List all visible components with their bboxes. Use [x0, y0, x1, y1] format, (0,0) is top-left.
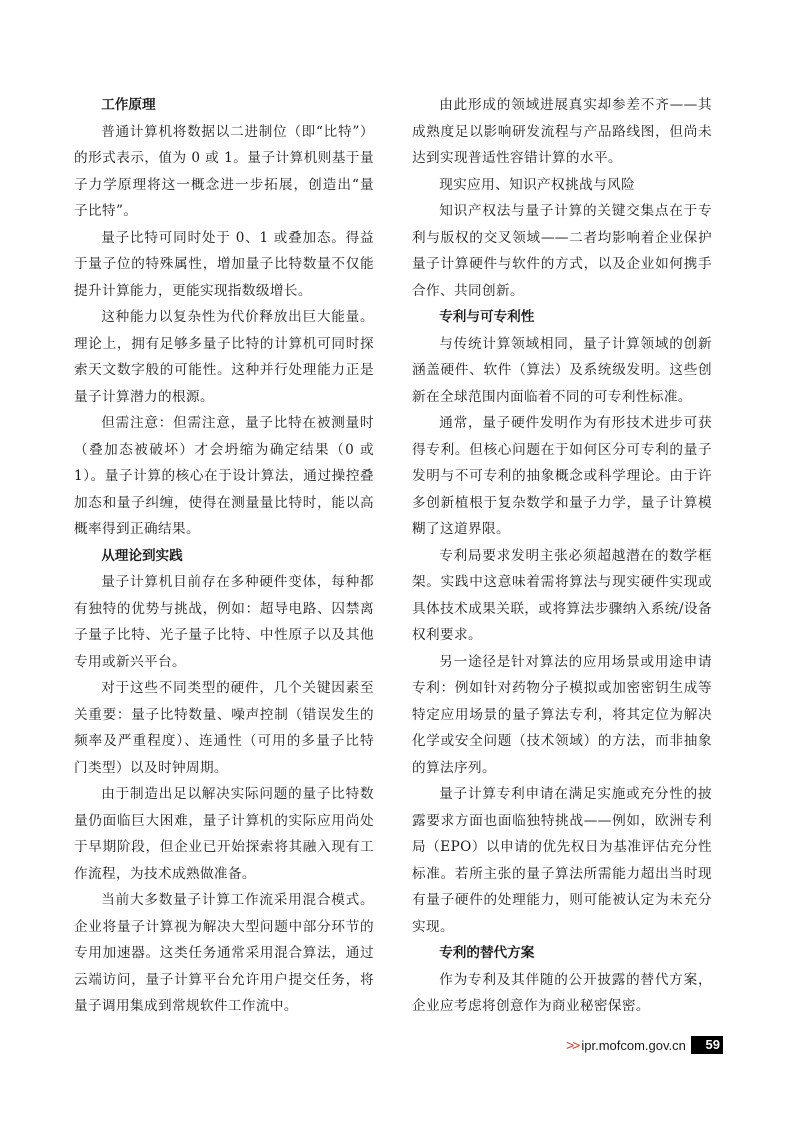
paragraph: 专利局要求发明主张必须超越潜在的数学框架。实践中这意味着需将算法与现实硬件实现或… [412, 543, 712, 649]
paragraph: 由于制造出足以解决实际问题的量子比特数量仍面临巨大困难，量子计算机的实际应用尚处… [74, 781, 374, 887]
footer-url-link[interactable]: ipr.mofcom.gov.cn [581, 1038, 686, 1053]
section-heading: 专利与可专利性 [412, 304, 712, 331]
paragraph: 量子计算机目前存在多种硬件变体，每种都有独特的优势与挑战，例如：超导电路、囚禁离… [74, 569, 374, 675]
section-heading: 专利的替代方案 [412, 940, 712, 967]
paragraph: 量子比特可同时处于 0、1 或叠加态。得益于量子位的特殊属性，增加量子比特数量不… [74, 225, 374, 305]
paragraph: 普通计算机将数据以二进制位（即“比特”）的形式表示，值为 0 或 1。量子计算机… [74, 119, 374, 225]
section-heading: 工作原理 [74, 92, 374, 119]
paragraph: 作为专利及其伴随的公开披露的替代方案，企业应考虑将创意作为商业秘密保密。 [412, 967, 712, 1020]
double-chevron-icon: >> [566, 1037, 578, 1053]
paragraph: 但需注意：但需注意，量子比特在被测量时（叠加态被破坏）才会坍缩为确定结果（0 或… [74, 410, 374, 543]
page-number: 59 [691, 1036, 723, 1054]
paragraph: 对于这些不同类型的硬件，几个关键因素至关重要：量子比特数量、噪声控制（错误发生的… [74, 675, 374, 781]
left-column: 工作原理 普通计算机将数据以二进制位（即“比特”）的形式表示，值为 0 或 1。… [74, 92, 374, 1020]
paragraph: 知识产权法与量子计算的关键交集点在于专利与版权的交叉领域——二者均影响着企业保护… [412, 198, 712, 304]
paragraph: 另一途径是针对算法的应用场景或用途申请专利：例如针对药物分子模拟或加密密钥生成等… [412, 649, 712, 782]
paragraph: 当前大多数量子计算工作流采用混合模式。企业将量子计算视为解决大型问题中部分环节的… [74, 887, 374, 1020]
page-footer: >> ipr.mofcom.gov.cn [566, 1036, 686, 1054]
section-heading: 从理论到实践 [74, 543, 374, 570]
paragraph: 与传统计算领域相同，量子计算领域的创新涵盖硬件、软件（算法）及系统级发明。这些创… [412, 331, 712, 411]
right-column: 由此形成的领域进展真实却参差不齐——其成熟度足以影响研发流程与产品路线图，但尚未… [412, 92, 712, 1020]
paragraph: 通常，量子硬件发明作为有形技术进步可获得专利。但核心问题在于如何区分可专利的量子… [412, 410, 712, 543]
paragraph: 这种能力以复杂性为代价释放出巨大能量。理论上，拥有足够多量子比特的计算机可同时探… [74, 304, 374, 410]
paragraph: 量子计算专利申请在满足实施或充分性的披露要求方面也面临独特挑战——例如，欧洲专利… [412, 781, 712, 940]
paragraph: 由此形成的领域进展真实却参差不齐——其成熟度足以影响研发流程与产品路线图，但尚未… [412, 92, 712, 172]
subheading: 现实应用、知识产权挑战与风险 [412, 172, 712, 199]
